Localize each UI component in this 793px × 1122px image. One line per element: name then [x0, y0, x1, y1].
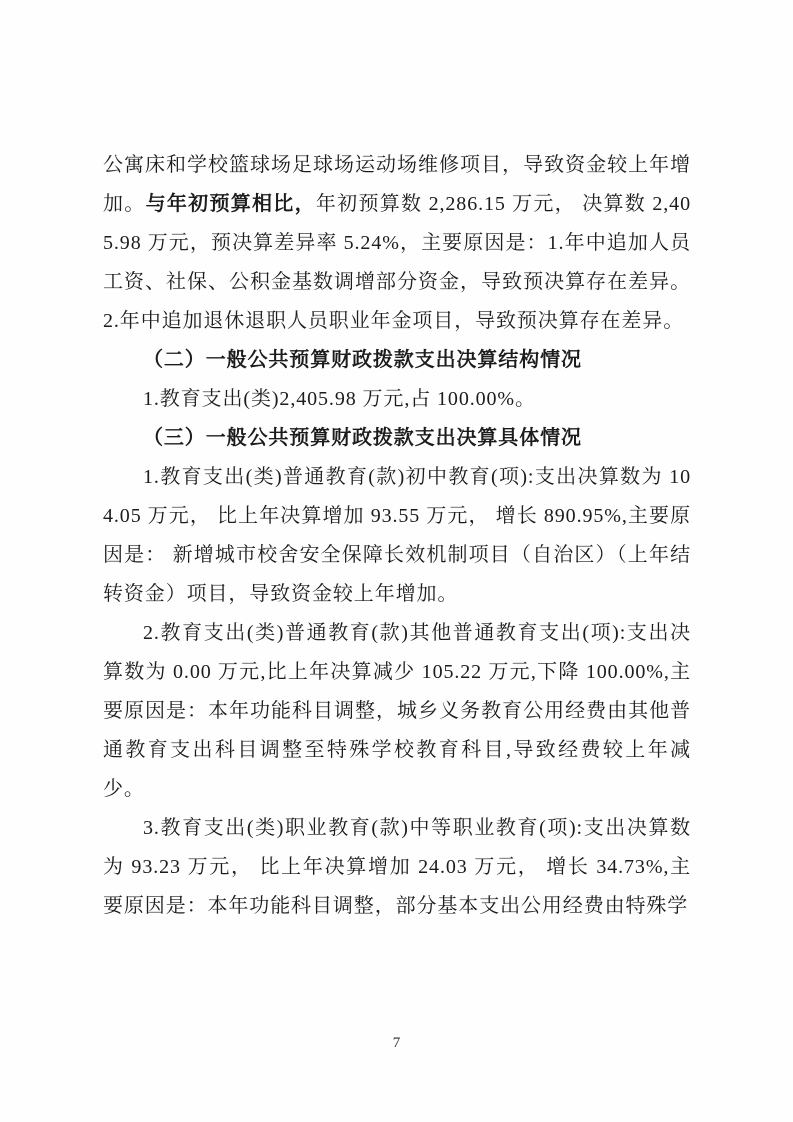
- paragraph-budget-comparison: 公寓床和学校篮球场足球场运动场维修项目，导致资金较上年增加。与年初预算相比，年初…: [103, 146, 691, 341]
- page-number: 7: [0, 1033, 793, 1053]
- paragraph-structure-item-1: 1.教育支出(类)2,405.98 万元,占 100.00%。: [103, 380, 691, 419]
- paragraph-detail-item-3: 3.教育支出(类)职业教育(款)中等职业教育(项):支出决算数为 93.23 万…: [103, 809, 691, 926]
- heading-section-3-expenditure-details: （三）一般公共预算财政拨款支出决算具体情况: [103, 419, 691, 458]
- document-page: 公寓床和学校篮球场足球场运动场维修项目，导致资金较上年增加。与年初预算相比，年初…: [0, 0, 793, 1122]
- heading-section-2-expenditure-structure: （二）一般公共预算财政拨款支出决算结构情况: [103, 341, 691, 380]
- paragraph-detail-item-2: 2.教育支出(类)普通教育(款)其他普通教育支出(项):支出决算数为 0.00 …: [103, 614, 691, 809]
- paragraph-detail-item-1: 1.教育支出(类)普通教育(款)初中教育(项):支出决算数为 104.05 万元…: [103, 458, 691, 614]
- bold-emphasis-budget-comparison: 与年初预算相比，: [146, 193, 316, 215]
- document-body: 公寓床和学校篮球场足球场运动场维修项目，导致资金较上年增加。与年初预算相比，年初…: [103, 146, 691, 926]
